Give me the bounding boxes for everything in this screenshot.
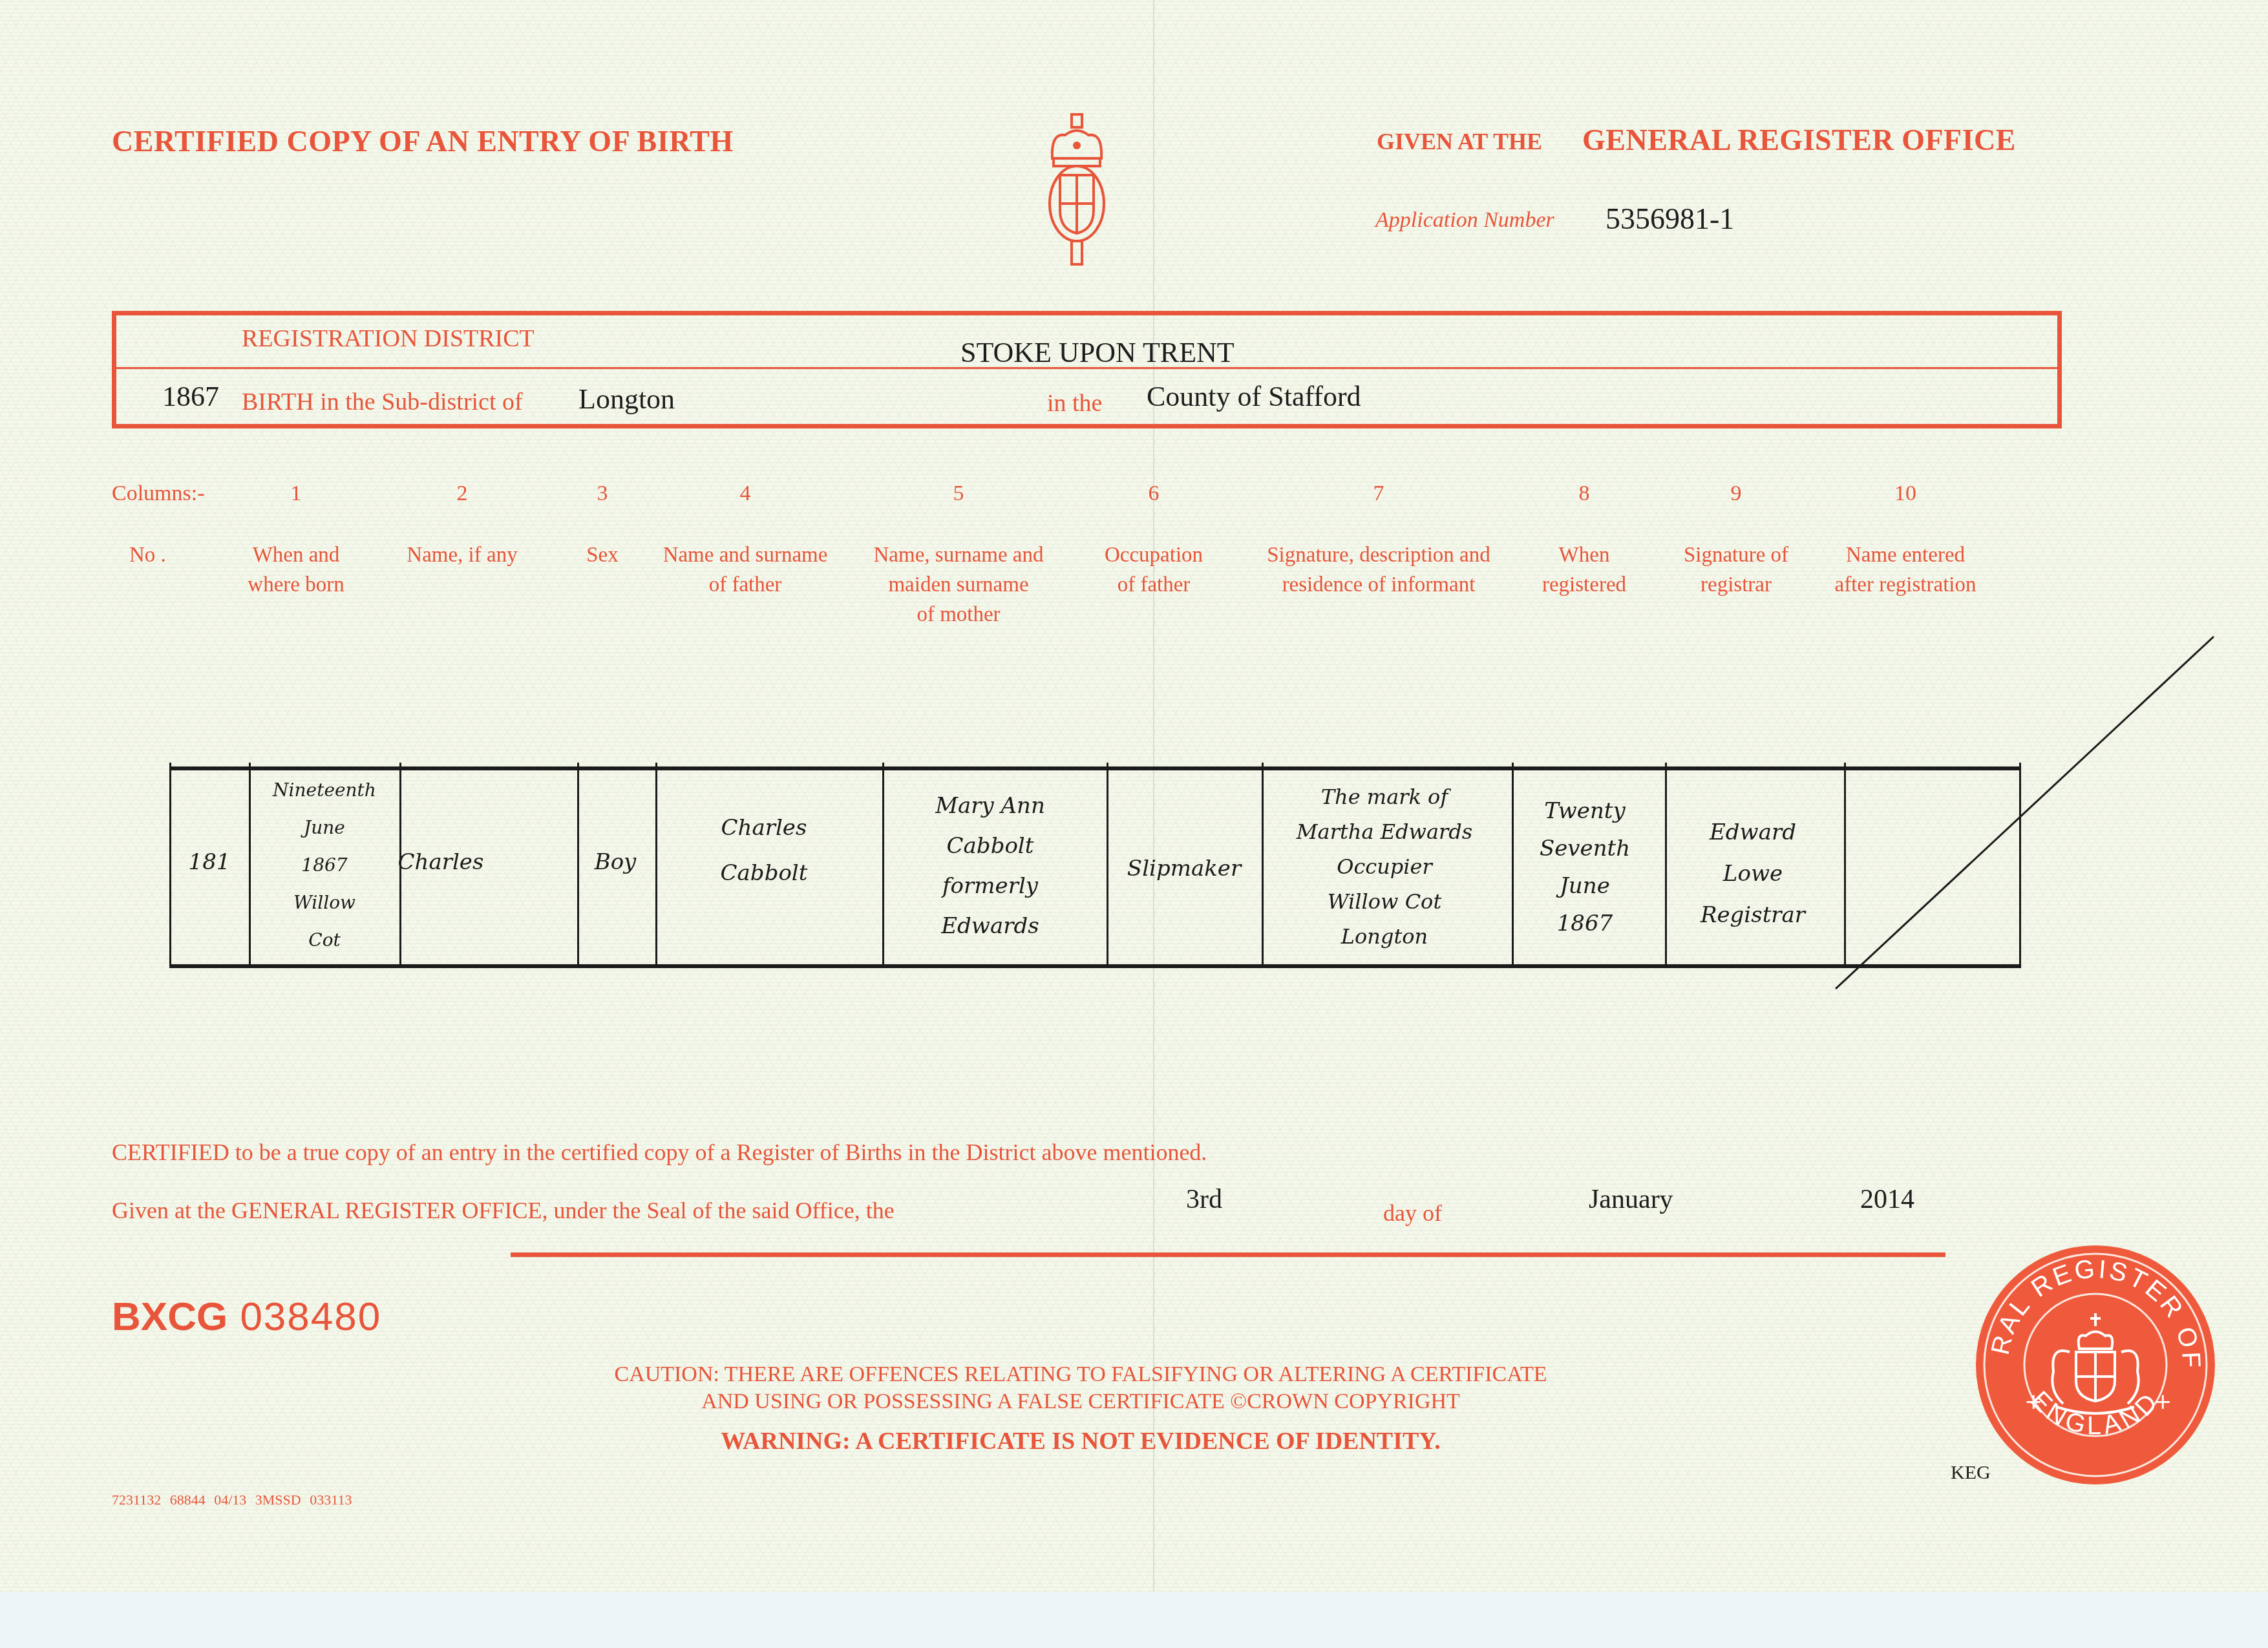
column-number: 9 (1717, 481, 1755, 506)
column-header-when-registered: Whenregistered (1542, 540, 1626, 600)
subdistrict-value: Longton (578, 383, 675, 416)
entry-informant: The mark ofMartha EdwardsOccupierWillow … (1297, 779, 1472, 954)
entry-when-registered: TwentySeventhJune1867 (1540, 792, 1630, 942)
svg-text:+: + (2154, 1389, 2172, 1415)
royal-crest-icon (1046, 113, 1108, 268)
identity-warning: WARNING: A CERTIFICATE IS NOT EVIDENCE O… (721, 1427, 1441, 1455)
register-entry-row: 181 NineteenthJune1867WillowCot Charles … (169, 766, 2021, 968)
entry-mother: Mary AnnCabboltformerlyEdwards (935, 786, 1045, 946)
column-header-when-where-born: When andwhere born (248, 540, 344, 600)
given-under-seal-statement: Given at the GENERAL REGISTER OFFICE, un… (112, 1197, 895, 1224)
county-value: County of Stafford (1147, 380, 1361, 413)
entry-when-where-born: NineteenthJune1867WillowCot (273, 772, 376, 959)
print-code: 7231132 68844 04/13 3MSSD 033113 (112, 1492, 352, 1508)
gro-seal-icon: GENERAL REGISTER OFFICE ENGLAND + + (1973, 1242, 2218, 1488)
column-header-name-after: Name enteredafter registration (1835, 540, 1977, 600)
registration-district-label: REGISTRATION DISTRICT (242, 324, 535, 353)
column-header-registrar: Signature ofregistrar (1684, 540, 1788, 600)
subdistrict-label: BIRTH in the Sub-district of (242, 388, 523, 416)
entry-father: CharlesCabbolt (721, 805, 808, 896)
certificate-paper: CERTIFIED COPY OF AN ENTRY OF BIRTH GIVE… (0, 0, 2268, 1592)
entry-registrar: EdwardLoweRegistrar (1701, 812, 1805, 936)
column-header-sex: Sex (586, 540, 619, 570)
caution-line-1: CAUTION: THERE ARE OFFENCES RELATING TO … (614, 1361, 1547, 1388)
entry-sex: Boy (595, 844, 637, 880)
svg-text:+: + (2024, 1389, 2043, 1415)
issue-year: 2014 (1860, 1184, 1914, 1215)
registration-district-value: STOKE UPON TRENT (960, 336, 1235, 369)
caution-line-2: AND USING OR POSSESSING A FALSE CERTIFIC… (614, 1388, 1547, 1415)
column-number: 2 (443, 481, 482, 506)
in-the-label: in the (1047, 389, 1102, 417)
column-header-father: Name and surnameof father (663, 540, 828, 600)
signature-rule (511, 1252, 1945, 1257)
application-number: 5356981-1 (1606, 202, 1734, 236)
issue-day: 3rd (1186, 1184, 1222, 1215)
column-number: 8 (1565, 481, 1604, 506)
columns-label: Columns:- (112, 481, 205, 506)
registration-year: 1867 (162, 380, 219, 413)
column-number: 1 (277, 481, 315, 506)
column-number: 5 (939, 481, 978, 506)
column-number: 4 (726, 481, 765, 506)
column-number: 6 (1134, 481, 1173, 506)
serial-number: 038480 (240, 1294, 381, 1339)
entry-occupation: Slipmaker (1127, 850, 1241, 887)
caution-notice: CAUTION: THERE ARE OFFENCES RELATING TO … (614, 1361, 1547, 1415)
certificate-title: CERTIFIED COPY OF AN ENTRY OF BIRTH (112, 124, 734, 158)
entry-number: 181 (189, 844, 231, 880)
certificate-serial: BXCG 038480 (112, 1294, 381, 1340)
certification-statement: CERTIFIED to be a true copy of an entry … (112, 1139, 1207, 1166)
given-at-label: GIVEN AT THE (1377, 128, 1542, 155)
office-name: GENERAL REGISTER OFFICE (1582, 123, 2016, 157)
serial-prefix: BXCG (112, 1294, 228, 1339)
day-of-label: day of (1383, 1199, 1442, 1227)
column-header-mother: Name, surname andmaiden surnameof mother (874, 540, 1044, 629)
application-number-label: Application Number (1375, 208, 1554, 233)
entry-name: Charles (398, 844, 484, 880)
column-header-informant: Signature, description andresidence of i… (1267, 540, 1490, 600)
column-header-occupation: Occupationof father (1105, 540, 1203, 600)
column-header-no: No . (129, 540, 166, 570)
column-number: 3 (583, 481, 622, 506)
column-number: 10 (1886, 481, 1925, 506)
column-number: 7 (1359, 481, 1398, 506)
column-header-name: Name, if any (407, 540, 517, 570)
issue-month: January (1589, 1184, 1673, 1215)
